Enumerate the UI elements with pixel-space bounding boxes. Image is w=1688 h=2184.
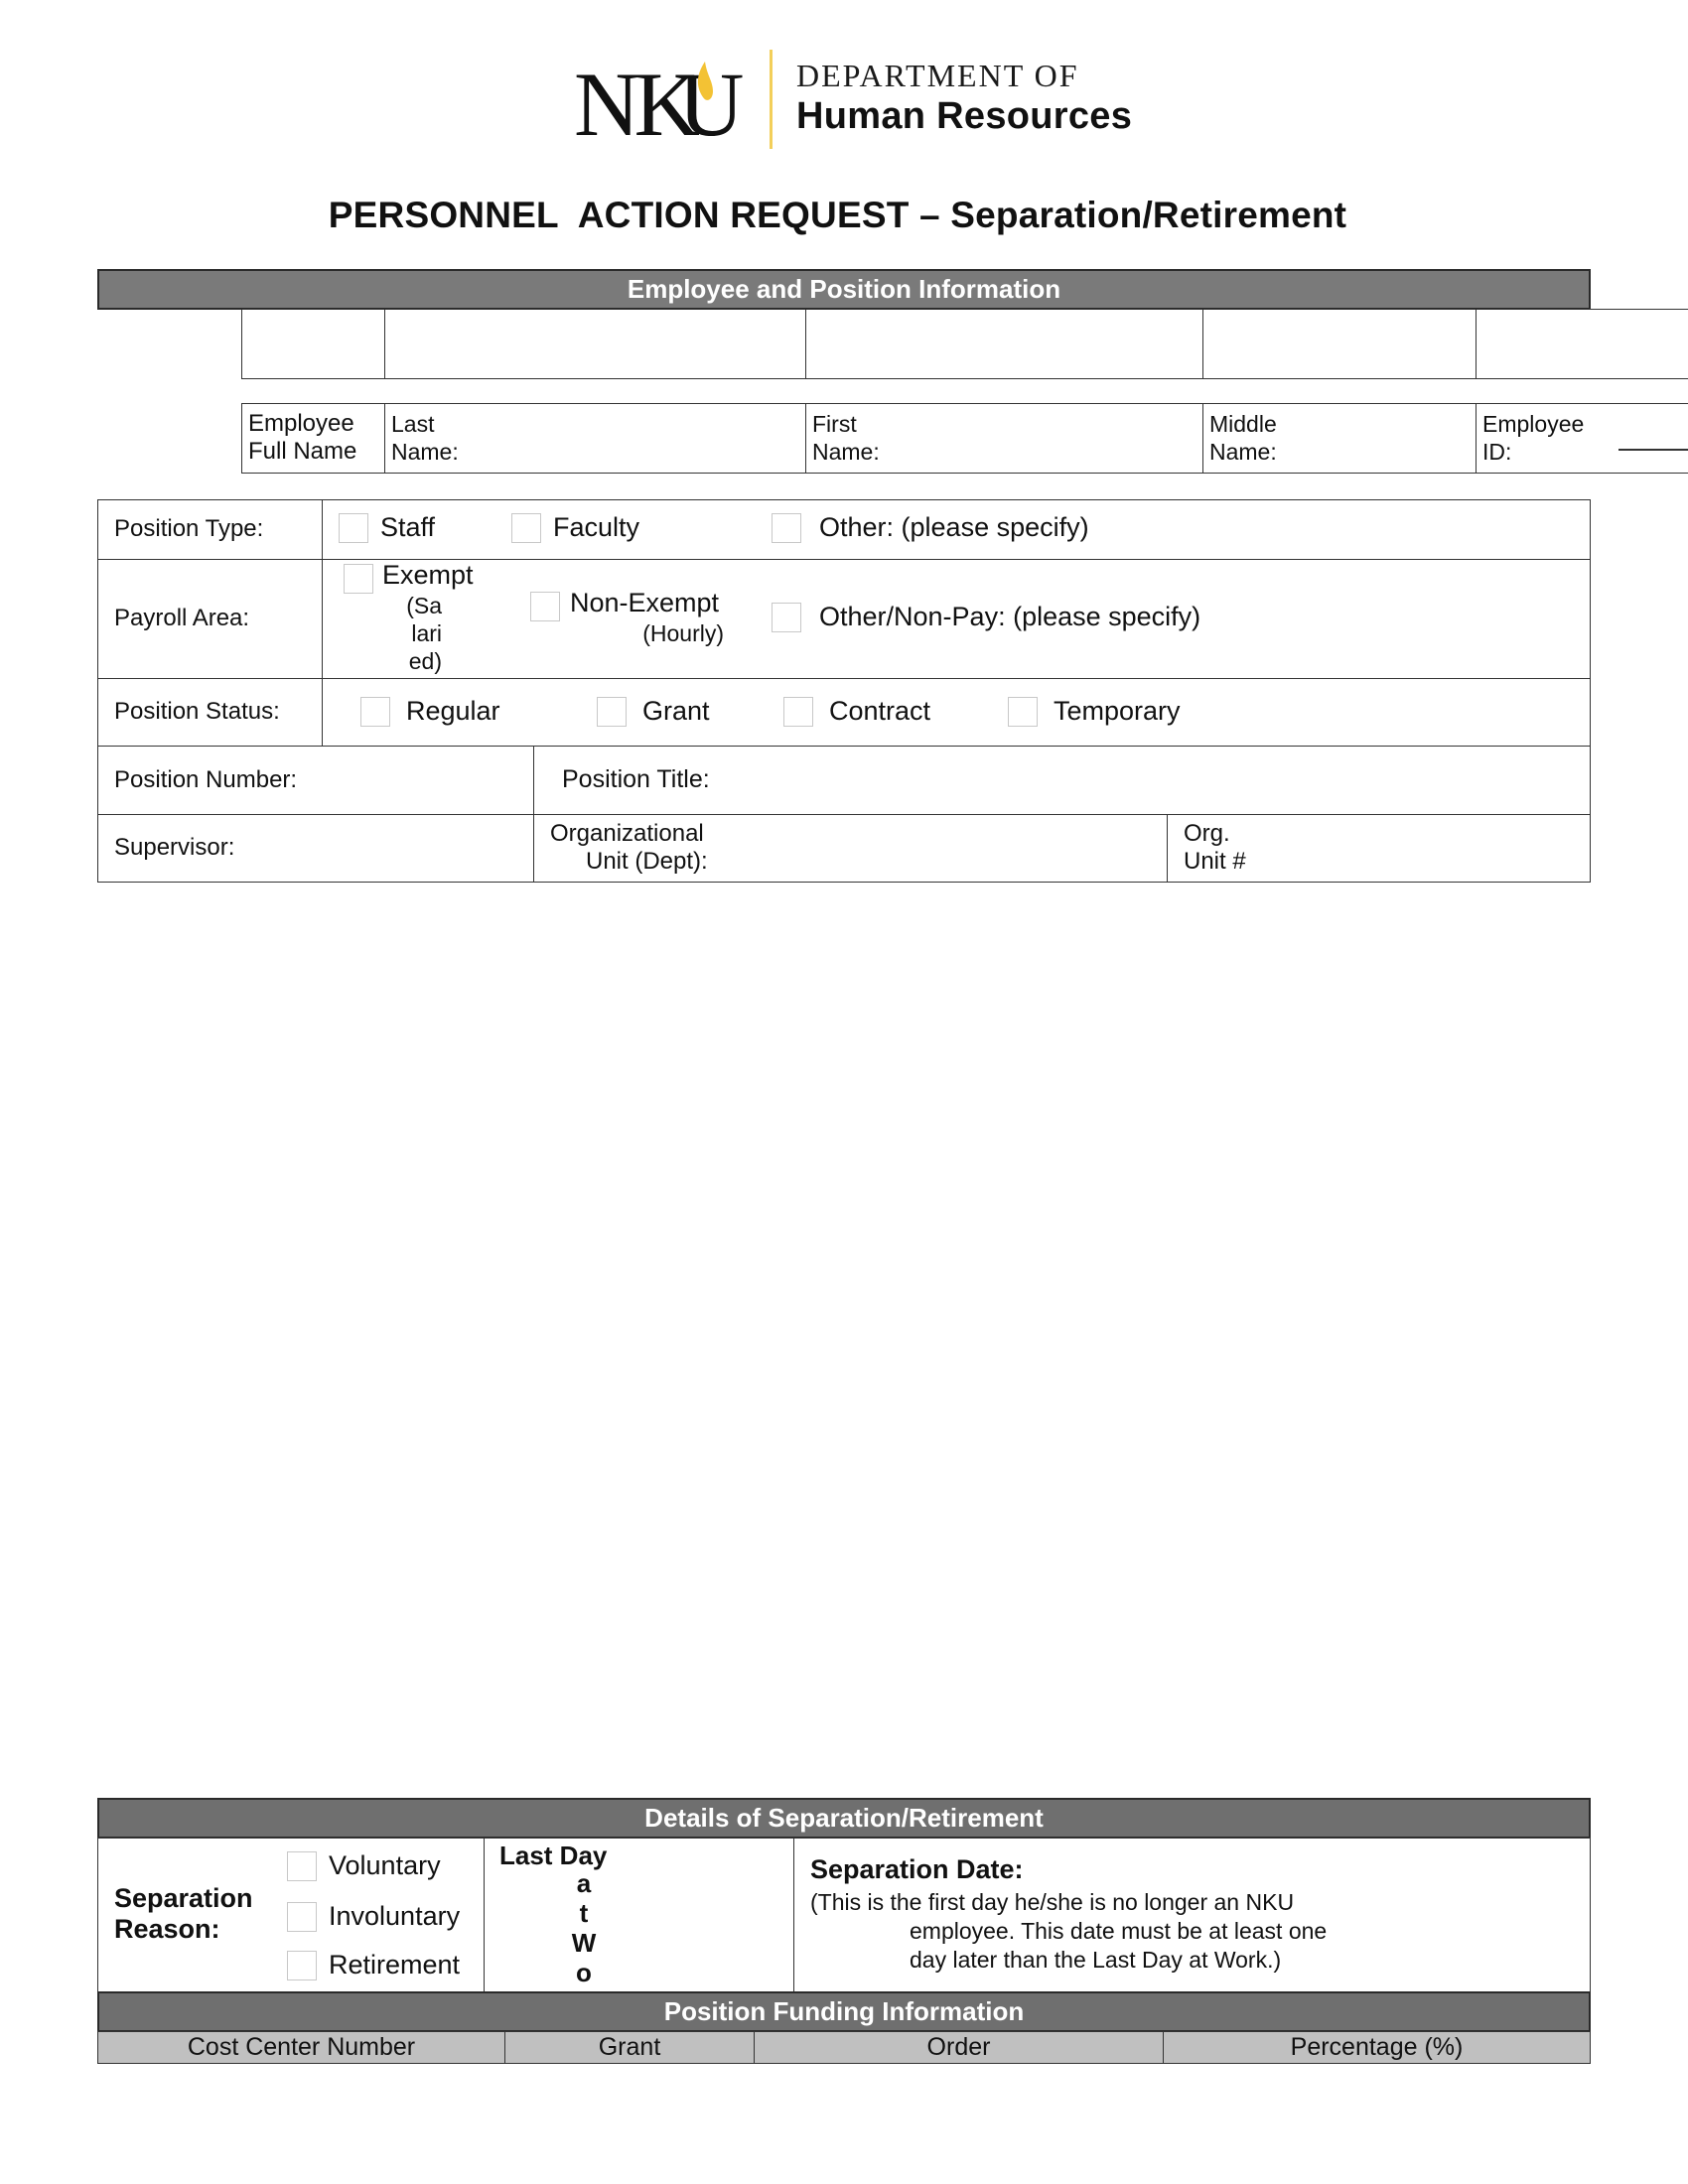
employee-id-input[interactable] bbox=[1476, 309, 1688, 379]
exempt-label: Exempt bbox=[382, 560, 474, 591]
section-heading: Employee and Position Information bbox=[628, 274, 1060, 305]
middle-name-label: Middle Name: bbox=[1202, 403, 1477, 474]
staff-checkbox[interactable] bbox=[339, 513, 368, 543]
reason-involuntary[interactable]: Involuntary bbox=[287, 1901, 460, 1932]
last-name-label: Last Name: bbox=[384, 403, 806, 474]
position-type-label: Position Type: bbox=[97, 499, 323, 560]
reason-voluntary[interactable]: Voluntary bbox=[287, 1850, 441, 1881]
status-regular[interactable]: Regular bbox=[360, 696, 500, 727]
temporary-checkbox[interactable] bbox=[1008, 697, 1038, 727]
funding-column-grant: Grant bbox=[504, 2031, 755, 2064]
nku-logo-icon: NK U bbox=[574, 48, 753, 147]
name-entry-label-cell bbox=[241, 309, 385, 379]
page-title: PERSONNEL ACTION REQUEST – Separation/Re… bbox=[0, 195, 1688, 236]
last-name-input[interactable] bbox=[384, 309, 806, 379]
status-grant[interactable]: Grant bbox=[597, 696, 710, 727]
regular-checkbox[interactable] bbox=[360, 697, 390, 727]
employee-id-underline bbox=[1618, 449, 1688, 451]
separation-date-field[interactable]: Separation Date: (This is the first day … bbox=[793, 1838, 1591, 1992]
employee-position-header: Employee and Position Information bbox=[97, 269, 1591, 310]
org-unit-number-field[interactable]: Org. Unit # bbox=[1167, 814, 1591, 883]
payroll-other-nonpay[interactable]: Other/Non-Pay: (please specify) bbox=[772, 602, 1200, 632]
grant-checkbox[interactable] bbox=[597, 697, 627, 727]
payroll-area-options: Exempt (Sa lari ed) Non-Exempt (Hourly) … bbox=[322, 559, 1591, 679]
separation-date-label: Separation Date: bbox=[810, 1854, 1024, 1885]
svg-text:U: U bbox=[678, 54, 744, 147]
status-contract[interactable]: Contract bbox=[783, 696, 930, 727]
first-name-label: First Name: bbox=[805, 403, 1203, 474]
non-exempt-note: (Hourly) bbox=[581, 619, 724, 647]
position-type-other[interactable]: Other: (please specify) bbox=[772, 512, 1089, 543]
org-unit-dept-field[interactable]: Organizational Unit (Dept): bbox=[533, 814, 1168, 883]
position-funding-header: Position Funding Information bbox=[97, 1991, 1591, 2032]
middle-name-input[interactable] bbox=[1202, 309, 1477, 379]
department-label: DEPARTMENT OF bbox=[796, 58, 1079, 94]
position-status-options: Regular Grant Contract Temporary bbox=[322, 678, 1591, 747]
other-position-type-checkbox[interactable] bbox=[772, 513, 801, 543]
payroll-area-label: Payroll Area: bbox=[97, 559, 323, 679]
funding-column-percentage: Percentage (%) bbox=[1163, 2031, 1591, 2064]
logo-divider bbox=[770, 50, 773, 149]
separation-details-header: Details of Separation/Retirement bbox=[97, 1798, 1591, 1839]
separation-reason-cell: Separation Reason: Voluntary Involuntary… bbox=[97, 1838, 485, 1992]
status-temporary[interactable]: Temporary bbox=[1008, 696, 1181, 727]
position-number-field[interactable]: Position Number: bbox=[97, 746, 534, 815]
section-heading: Position Funding Information bbox=[664, 1996, 1025, 2027]
separation-date-note: (This is the first day he/she is no long… bbox=[810, 1888, 1327, 1975]
position-title-field[interactable]: Position Title: bbox=[533, 746, 1591, 815]
nku-logo: NK U bbox=[574, 48, 753, 147]
position-status-label: Position Status: bbox=[97, 678, 323, 747]
retirement-checkbox[interactable] bbox=[287, 1951, 317, 1980]
other-nonpay-checkbox[interactable] bbox=[772, 603, 801, 632]
employee-full-name-label: Employee Full Name bbox=[241, 403, 385, 474]
exempt-checkbox[interactable] bbox=[344, 564, 373, 594]
funding-column-order: Order bbox=[754, 2031, 1164, 2064]
position-type-faculty[interactable]: Faculty bbox=[511, 512, 639, 543]
section-heading: Details of Separation/Retirement bbox=[644, 1803, 1044, 1834]
human-resources-label: Human Resources bbox=[796, 95, 1132, 138]
position-type-options: Staff Faculty Other: (please specify) bbox=[322, 499, 1591, 560]
separation-reason-label: Separation Reason: bbox=[114, 1883, 253, 1945]
exempt-note: (Sa lari ed) bbox=[392, 592, 442, 675]
voluntary-checkbox[interactable] bbox=[287, 1851, 317, 1881]
funding-column-cost-center: Cost Center Number bbox=[97, 2031, 505, 2064]
last-day-wrapped-text: a t W o bbox=[564, 1868, 604, 1987]
last-day-at-work-field[interactable]: Last Day a t W o bbox=[484, 1838, 794, 1992]
supervisor-field[interactable]: Supervisor: bbox=[97, 814, 534, 883]
employee-id-label: Employee ID: bbox=[1476, 403, 1688, 474]
reason-retirement[interactable]: Retirement bbox=[287, 1950, 460, 1980]
faculty-checkbox[interactable] bbox=[511, 513, 541, 543]
position-type-staff[interactable]: Staff bbox=[339, 512, 435, 543]
contract-checkbox[interactable] bbox=[783, 697, 813, 727]
involuntary-checkbox[interactable] bbox=[287, 1902, 317, 1932]
first-name-input[interactable] bbox=[805, 309, 1203, 379]
non-exempt-label: Non-Exempt bbox=[570, 588, 719, 618]
last-day-label: Last Day bbox=[499, 1841, 607, 1871]
non-exempt-checkbox[interactable] bbox=[530, 592, 560, 621]
